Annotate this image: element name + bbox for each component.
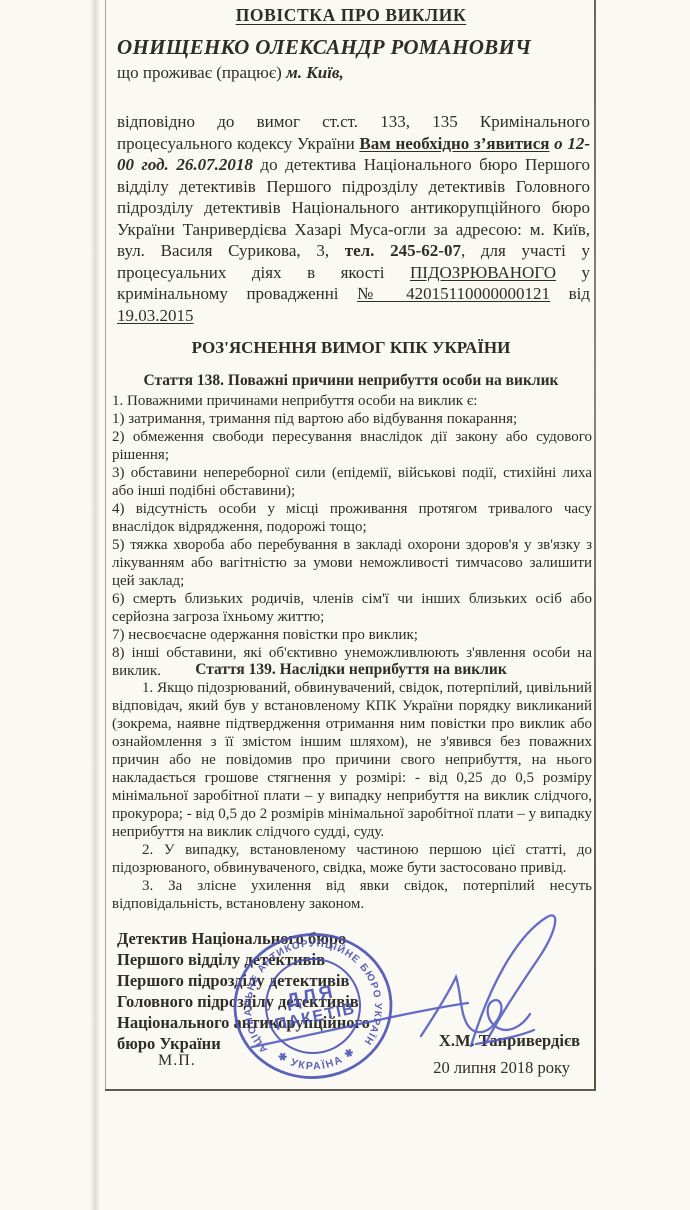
scanned-summons-page: ПОВІСТКА ПРО ВИКЛИК ОНИЩЕНКО ОЛЕКСАНДР Р… xyxy=(0,0,690,1210)
article-139-body: 1. Якщо підозрюваний, обвинувачений, сві… xyxy=(112,679,592,913)
residence-prefix: що проживає (працює) xyxy=(117,63,286,82)
phone-number: тел. 245-62-07 xyxy=(345,241,461,260)
article-138-item: 5) тяжка хвороба або перебування в закла… xyxy=(112,536,592,590)
summons-paragraph: відповідно до вимог ст.ст. 133, 135 Крим… xyxy=(117,111,590,326)
article-138-item: 3) обставини непереборної сили (епідемії… xyxy=(112,464,592,500)
article-139-heading: Стаття 139. Наслідки неприбуття на викли… xyxy=(112,661,590,679)
intro-part5: від xyxy=(550,284,590,303)
stamp-center-text: ДЛЯ ПАКЕТІВ xyxy=(269,978,357,1034)
case-date: 19.03.2015 xyxy=(117,306,194,325)
residence-line: що проживає (працює) м. Київ, xyxy=(117,63,344,83)
residence-city: м. Київ, xyxy=(286,63,344,82)
document-date: 20 липня 2018 року xyxy=(400,1054,580,1081)
article-138-item: 2) обмеження свободи пересування внаслід… xyxy=(112,428,592,464)
signatory-name-date-block: Х.М. Танривердієв 20 липня 2018 року xyxy=(400,1027,580,1081)
document-frame-right xyxy=(594,0,596,1089)
seal-place-label: М.П. xyxy=(158,1052,196,1070)
nabu-round-stamp-icon: НАЦІОНАЛЬНЕ АНТИКОРУПЦІЙНЕ БЮРО УКРАЇНИ … xyxy=(227,926,399,1087)
article-139-paragraph: 3. За злісне ухилення від явки свідок, п… xyxy=(112,877,592,913)
article-138-item: 1) затримання, тримання під вартою або в… xyxy=(112,410,592,428)
article-138-body: 1. Поважними причинами неприбуття особи … xyxy=(112,392,592,680)
article-138-item: 6) смерть близьких родичів, членів сім'ї… xyxy=(112,590,592,626)
article-139-paragraph: 2. У випадку, встановленому частиною пер… xyxy=(112,841,592,877)
recipient-name: ОНИЩЕНКО ОЛЕКСАНДР РОМАНОВИЧ xyxy=(117,35,597,60)
scan-fold-shadow xyxy=(90,0,100,1210)
article-138-item: 7) несвоєчасне одержання повістки про ви… xyxy=(112,626,592,644)
document-title: ПОВІСТКА ПРО ВИКЛИК xyxy=(112,5,590,26)
article-138-item: 4) відсутність особи у місці проживання … xyxy=(112,500,592,536)
article-138-intro: 1. Поважними причинами неприбуття особи … xyxy=(112,392,592,410)
must-appear-phrase: Вам необхідно з’явитися xyxy=(359,134,549,153)
case-number: № 42015110000000121 xyxy=(357,284,550,303)
procedural-role: ПІДОЗРЮВАНОГО xyxy=(410,263,556,282)
article-138-heading: Стаття 138. Поважні причини неприбуття о… xyxy=(112,372,590,390)
kpk-explanation-heading: РОЗ'ЯСНЕННЯ ВИМОГ КПК УКРАЇНИ xyxy=(112,338,590,358)
document-frame-left xyxy=(105,0,106,1090)
article-139-paragraph: 1. Якщо підозрюваний, обвинувачений, сві… xyxy=(112,679,592,841)
document-frame-bottom xyxy=(105,1089,596,1091)
officer-name: Х.М. Танривердієв xyxy=(400,1027,580,1054)
